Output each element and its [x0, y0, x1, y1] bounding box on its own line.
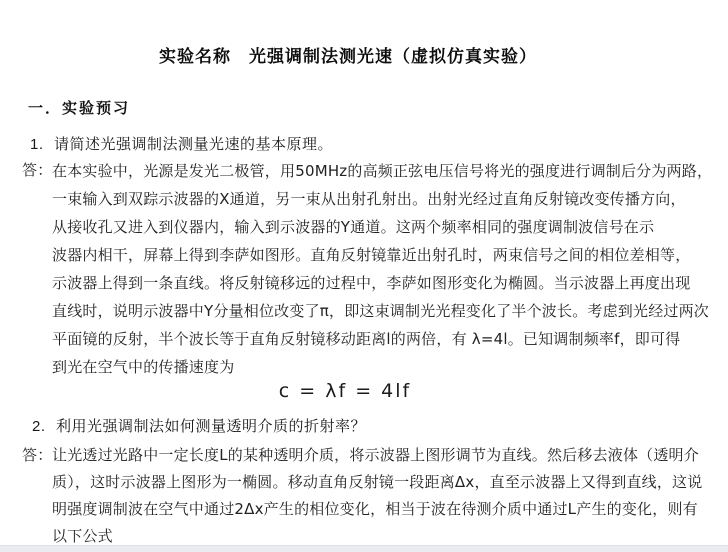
section-heading-experiment-preview: 一．实验预习 [28, 97, 130, 118]
answer-2-line: 让光透过光路中一定长度L的某种透明介质，将示波器上图形调节为直线。然后移去液体（… [52, 442, 712, 469]
question-1-text: 请简述光强调制法测量光速的基本原理。 [54, 136, 333, 153]
question-1-number: 1. [30, 136, 54, 153]
answer-1-line: 直线时，说明示波器中Y分量相位改变了π，即这束调制光光程变化了半个波长。考虑到光… [52, 297, 712, 325]
document-page: 实验名称 光强调制法测光速（虚拟仿真实验） 一．实验预习 1.请简述光强调制法测… [0, 0, 728, 552]
answer-1-line: 从接收孔又进入到仪器内，输入到示波器的Y通道。这两个频率相同的强度调制波信号在示 [52, 213, 712, 241]
question-2-number: 2. [32, 418, 56, 435]
answer-1-handwritten-text: 在本实验中，光源是发光二极管，用50MHz的高频正弦电压信号将光的强度进行调制后… [52, 157, 712, 381]
answer-1-line: 波器内相干，屏幕上得到李萨如图形。直角反射镜靠近出射孔时，两束信号之间的相位差相… [52, 241, 712, 269]
answer-1-label: 答： [22, 159, 52, 180]
answer-1-line: 到光在空气中的传播速度为 [52, 353, 712, 381]
answer-2-label: 答： [22, 444, 52, 465]
viewer-bottom-strip [0, 545, 728, 552]
question-1: 1.请简述光强调制法测量光速的基本原理。 [30, 133, 333, 154]
answer-1-line: 在本实验中，光源是发光二极管，用50MHz的高频正弦电压信号将光的强度进行调制后… [52, 157, 712, 185]
document-title: 实验名称 光强调制法测光速（虚拟仿真实验） [0, 42, 696, 67]
speed-of-light-formula: c = λf = 4lf [0, 380, 690, 402]
question-2-text: 利用光强调制法如何测量透明介质的折射率？ [56, 418, 366, 435]
answer-2-line: 明强度调制波在空气中通过2Δx产生的相位变化，相当于波在待测介质中通过L产生的变… [52, 496, 712, 523]
answer-2-line: 质），这时示波器上图形为一椭圆。移动直角反射镜一段距离Δx，直至示波器上又得到直… [52, 469, 712, 496]
answer-1-line: 平面镜的反射，半个波长等于直角反射镜移动距离l的两倍，有 λ=4l。已知调制频率… [52, 325, 712, 353]
answer-1-line: 一束输入到双踪示波器的X通道，另一束从出射孔射出。出射光经过直角反射镜改变传播方… [52, 185, 712, 213]
answer-2-handwritten-text: 让光透过光路中一定长度L的某种透明介质，将示波器上图形调节为直线。然后移去液体（… [52, 442, 712, 550]
answer-1-line: 示波器上得到一条直线。将反射镜移远的过程中，李萨如图形变化为椭圆。当示波器上再度… [52, 269, 712, 297]
question-2: 2.利用光强调制法如何测量透明介质的折射率？ [32, 415, 366, 436]
